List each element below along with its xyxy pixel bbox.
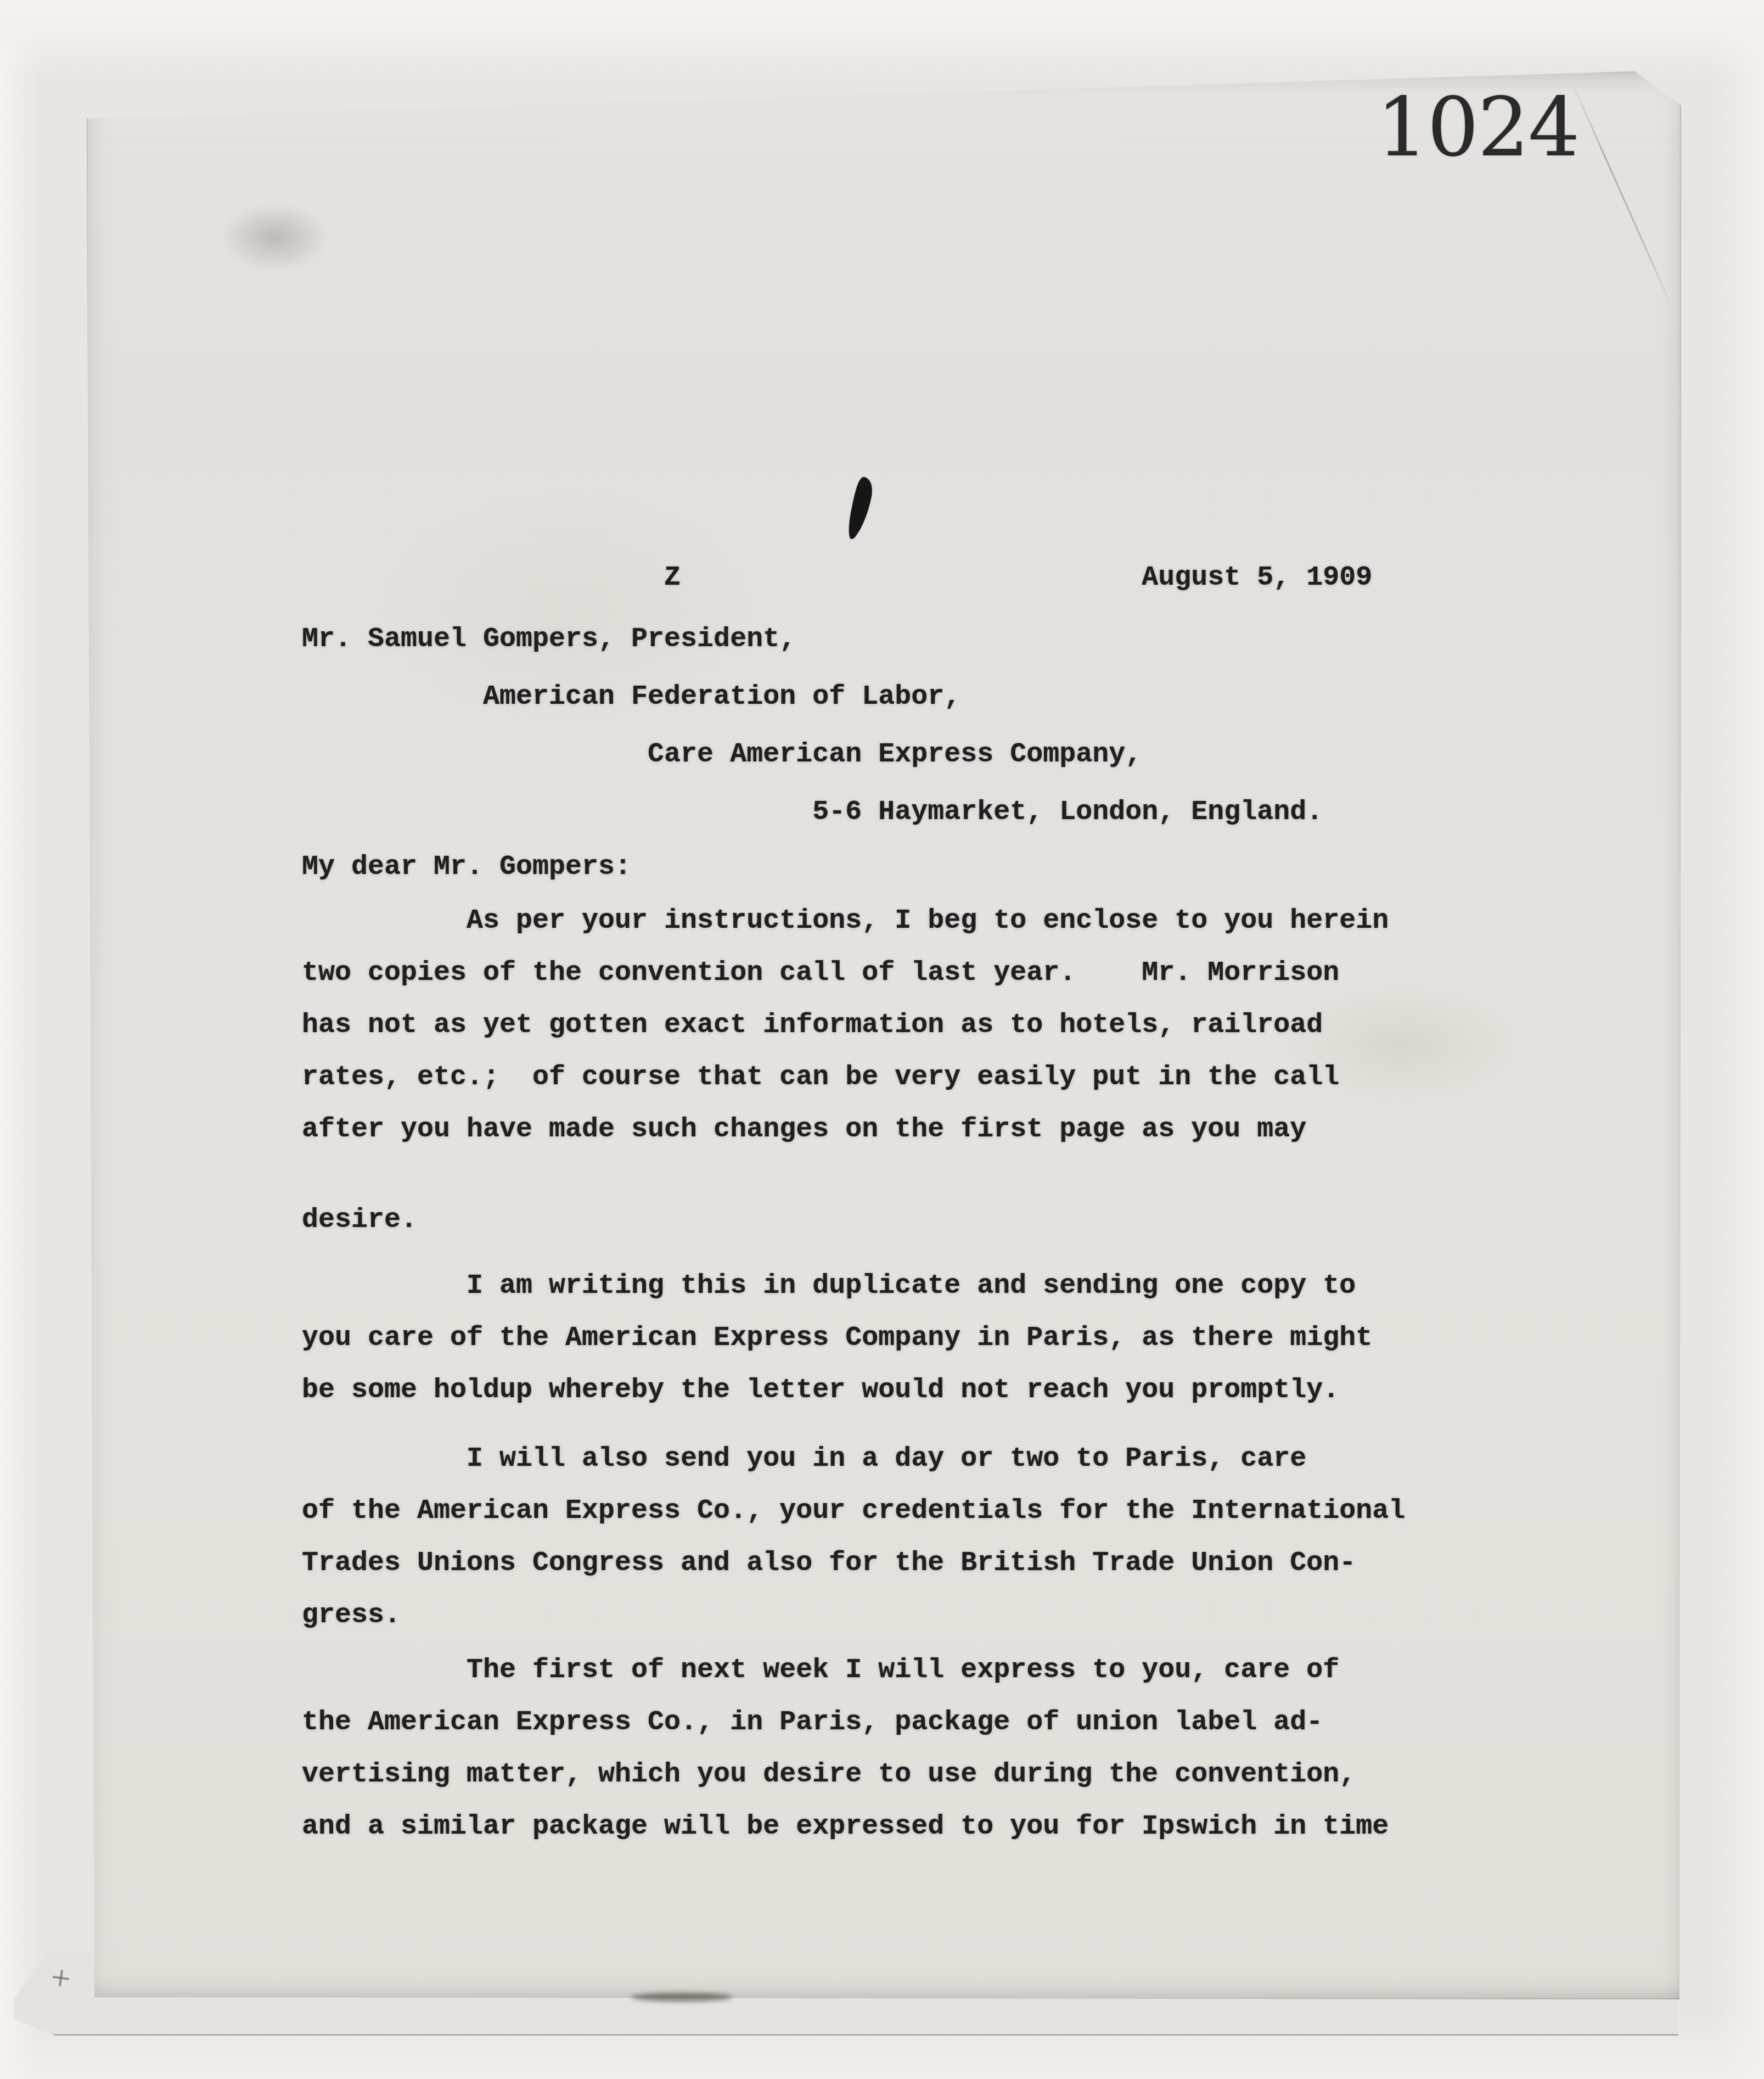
letter-line: you care of the American Express Company…: [302, 1325, 1372, 1352]
letter-line: and a similar package will be expressed …: [302, 1813, 1389, 1841]
letter-line: The first of next week I will express to…: [302, 1657, 1339, 1684]
scan-background: 1024 Z August 5, 1909 Mr. Samuel Gompers…: [0, 0, 1764, 2079]
letter-line: American Federation of Labor,: [302, 683, 960, 711]
letter-line: I will also send you in a day or two to …: [302, 1445, 1306, 1473]
letter-line: As per your instructions, I beg to enclo…: [302, 907, 1389, 935]
letter-line: Trades Unions Congress and also for the …: [302, 1550, 1356, 1577]
letter-line: two copies of the convention call of las…: [302, 960, 1339, 987]
letter-line: be some holdup whereby the letter would …: [302, 1377, 1339, 1404]
letter-line: the American Express Co., in Paris, pack…: [302, 1709, 1323, 1736]
letter-line: My dear Mr. Gompers:: [302, 854, 631, 881]
letter-line: I am writing this in duplicate and sendi…: [302, 1273, 1356, 1300]
letter-line: 5-6 Haymarket, London, England.: [302, 799, 1323, 826]
letter-line: of the American Express Co., your creden…: [302, 1498, 1405, 1525]
letter-line: Care American Express Company,: [302, 741, 1142, 769]
letter-line: vertising matter, which you desire to us…: [302, 1761, 1356, 1789]
letter-line: Z August 5, 1909: [302, 564, 1372, 592]
letter-line: Mr. Samuel Gompers, President,: [302, 626, 796, 653]
letter-line: gress.: [302, 1602, 401, 1629]
letter-line: has not as yet gotten exact information …: [302, 1012, 1323, 1039]
letter-line: after you have made such changes on the …: [302, 1116, 1306, 1144]
letter-text: Z August 5, 1909 Mr. Samuel Gompers, Pre…: [0, 0, 1764, 2079]
letter-line: desire.: [302, 1207, 417, 1234]
letter-line: rates, etc.; of course that can be very …: [302, 1064, 1339, 1091]
